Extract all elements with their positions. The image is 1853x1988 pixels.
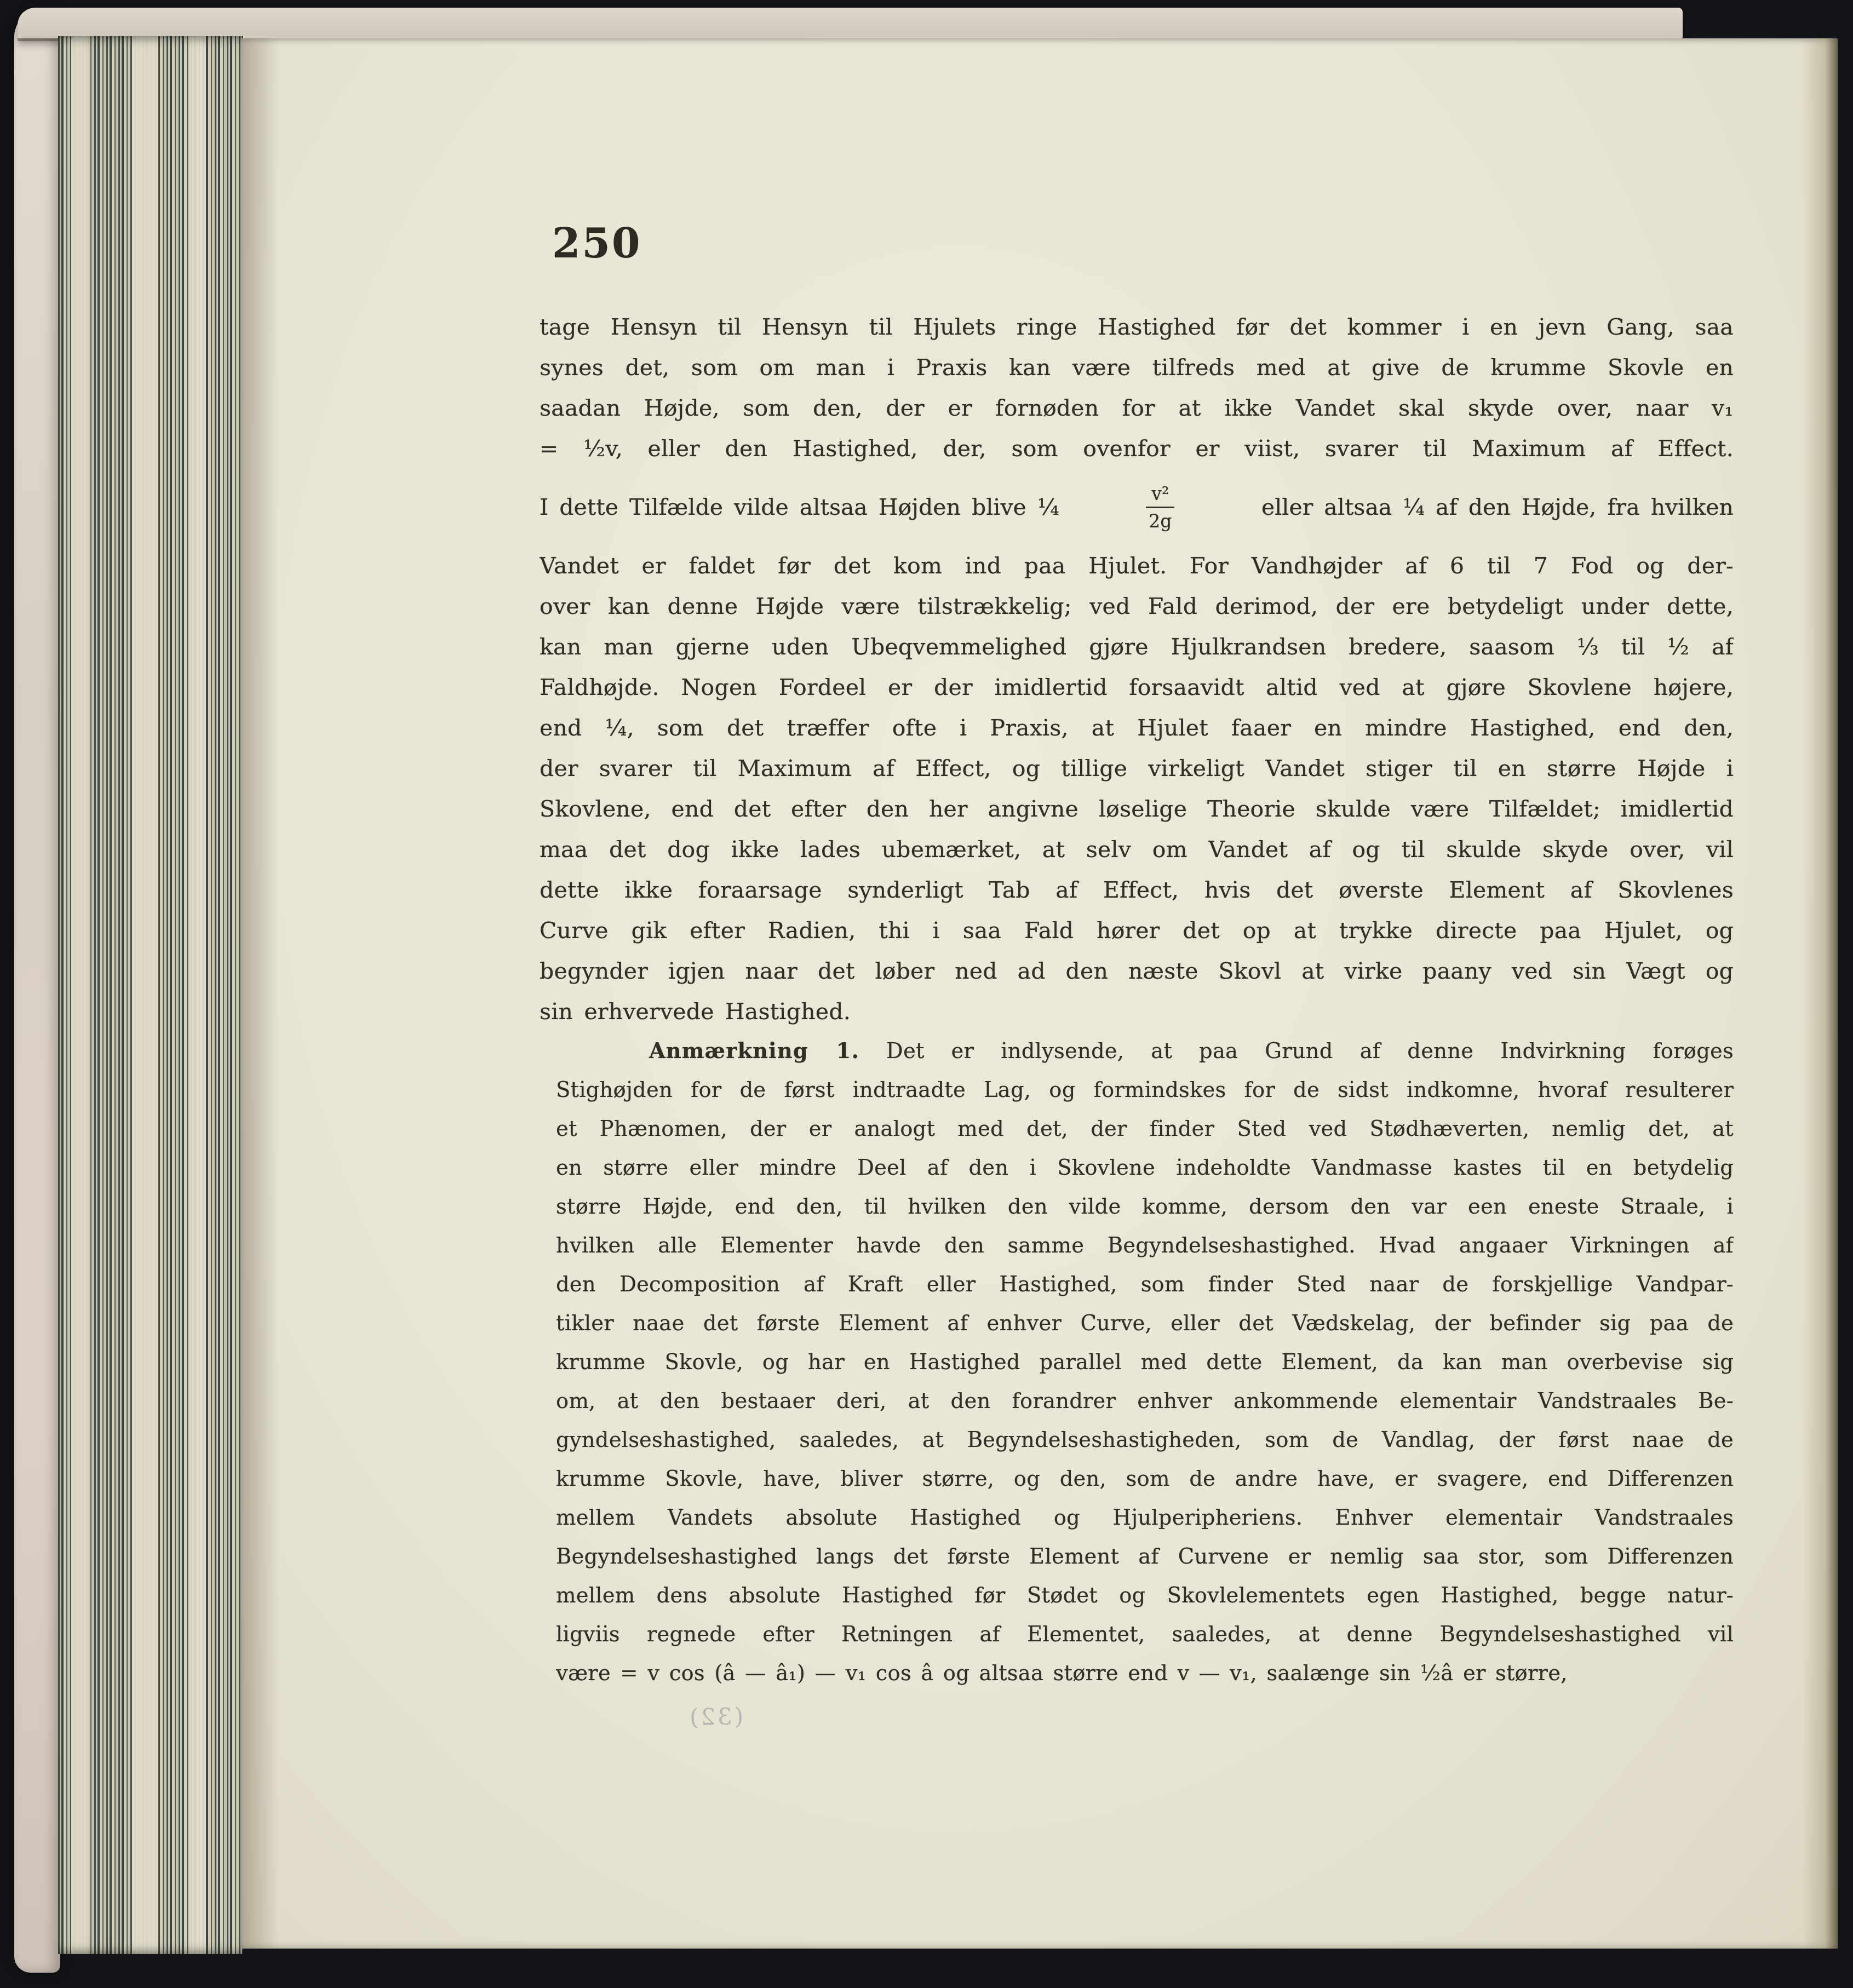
- text-line: hvilken alle Elementer havde den samme B…: [556, 1226, 1734, 1265]
- fraction-numerator: v²: [1146, 485, 1174, 508]
- text-line: større Højde, end den, til hvilken den v…: [556, 1187, 1734, 1226]
- text-line: Vandet er faldet før det kom ind paa Hju…: [540, 545, 1734, 586]
- text-line: = ½v, eller den Hastighed, der, som oven…: [540, 428, 1734, 469]
- note-paragraph: Anmærkning 1. Det er indlysende, at paa …: [556, 1032, 1734, 1693]
- text-line: Begyndelseshastighed langs det første El…: [556, 1537, 1734, 1576]
- text-line: Faldhøjde. Nogen Fordeel er der imidlert…: [540, 667, 1734, 708]
- text-line: et Phænomen, der er analogt med det, der…: [556, 1110, 1734, 1148]
- book-cover-top-edge: [18, 8, 1683, 38]
- formula-post: eller altsaa ¼ af den Højde, fra hvilken: [1261, 494, 1734, 520]
- text-line: end ¼, som det træffer ofte i Praxis, at…: [540, 708, 1734, 748]
- note-heading-label: Anmærkning 1.: [649, 1039, 859, 1064]
- text-line: tikler naae det første Element af enhver…: [556, 1304, 1734, 1343]
- page-number: 250: [552, 220, 641, 267]
- formula-pre: I dette Tilfælde vilde altsaa Højden bli…: [540, 494, 1059, 520]
- inline-fraction: v² 2g: [1146, 485, 1174, 530]
- text-line: over kan denne Højde være tilstrækkelig;…: [540, 586, 1734, 627]
- text-line: den Decomposition af Kraft eller Hastigh…: [556, 1265, 1734, 1304]
- text-line: en større eller mindre Deel af den i Sko…: [556, 1148, 1734, 1187]
- text-line: tage Hensyn til Hensyn til Hjulets ringe…: [540, 307, 1734, 347]
- body-text: tage Hensyn til Hensyn til Hjulets ringe…: [540, 307, 1734, 1693]
- fraction-denominator: 2g: [1149, 508, 1172, 530]
- book-scan: 250 tage Hensyn til Hensyn til Hjulets r…: [0, 0, 1853, 1988]
- book-cover-edge: [14, 12, 60, 1973]
- text-line: kan man gjerne uden Ubeqvemmelighed gjør…: [540, 627, 1734, 667]
- text-line: synes det, som om man i Praxis kan være …: [540, 347, 1734, 388]
- text-line: maa det dog ikke lades ubemærket, at sel…: [540, 829, 1734, 870]
- paragraph: tage Hensyn til Hensyn til Hjulets ringe…: [540, 307, 1734, 469]
- note-lines: Stighøjden for de først indtraadte Lag, …: [556, 1071, 1734, 1654]
- text-line: sin erhvervede Hastighed.: [540, 991, 1734, 1032]
- book-page: 250 tage Hensyn til Hensyn til Hjulets r…: [241, 38, 1838, 1949]
- text-line: mellem dens absolute Hastighed før Støde…: [556, 1576, 1734, 1615]
- signature-mark-showthrough: (32): [687, 1703, 744, 1731]
- text-line: gyndelseshastighed, saaledes, at Begynde…: [556, 1421, 1734, 1460]
- text-line: krumme Skovle, have, bliver større, og d…: [556, 1460, 1734, 1498]
- text-line: dette ikke foraarsage synderligt Tab af …: [540, 870, 1734, 910]
- page-edges-stack: [58, 36, 243, 1954]
- text-line: Curve gik efter Radien, thi i saa Fald h…: [540, 910, 1734, 951]
- note-heading: Anmærkning 1. Det er indlysende, at paa …: [556, 1032, 1734, 1071]
- text-line: saadan Højde, som den, der er fornøden f…: [540, 388, 1734, 428]
- text-line: der svarer til Maximum af Effect, og til…: [540, 748, 1734, 789]
- text-line: Stighøjden for de først indtraadte Lag, …: [556, 1071, 1734, 1110]
- text-line: ligviis regnede efter Retningen af Eleme…: [556, 1615, 1734, 1654]
- text-line: Skovlene, end det efter den her angivne …: [540, 789, 1734, 829]
- text-line: mellem Vandets absolute Hastighed og Hju…: [556, 1498, 1734, 1537]
- text-line: om, at den bestaaer deri, at den forandr…: [556, 1382, 1734, 1421]
- note-last-line: være = v cos (â — â₁) — v₁ cos â og alts…: [556, 1654, 1734, 1693]
- formula-line: I dette Tilfælde vilde altsaa Højden bli…: [540, 469, 1734, 545]
- text-line: begynder igjen naar det løber ned ad den…: [540, 951, 1734, 991]
- note-heading-text: Det er indlysende, at paa Grund af denne…: [886, 1039, 1734, 1064]
- text-line: krumme Skovle, og har en Hastighed paral…: [556, 1343, 1734, 1382]
- paragraph: Vandet er faldet før det kom ind paa Hju…: [540, 545, 1734, 1032]
